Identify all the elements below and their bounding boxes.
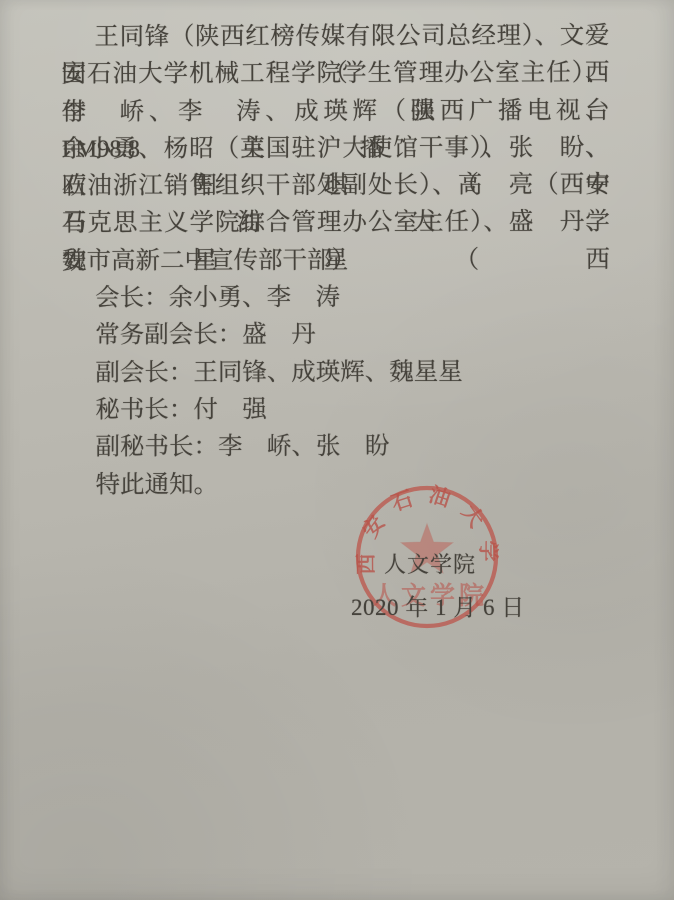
signature-organization: 人文学院 [384,548,476,579]
closing-line: 特此通知。 [63,465,611,504]
body-line: 安石油大学机械工程学院学生管理办公室主任）、付 强、 [61,55,609,94]
document-photo: 王同锋（陕西红榜传媒有限公司总经理）、文爱国（西 安石油大学机械工程学院学生管理… [0,0,674,900]
body-line: 余小勇、杨昭（英国驻沪大使馆干事）、张 盼、欧阳琪（中 [62,129,610,168]
officer-line-vp: 副会长：王同锋、成瑛辉、魏星星 [62,353,610,392]
body-line: 李 峤、李 涛、成瑛辉（陕西广播电视台 FM98.8 主播）、 [62,92,610,131]
officer-line-secretary: 秘书长：付 强 [62,390,610,429]
body-line: 马克思主义学院综合管理办公室主任）、盛 丹、魏星星（西 [62,204,610,243]
body-line: 王同锋（陕西红榜传媒有限公司总经理）、文爱国（西 [61,17,609,56]
officer-line-president: 会长：余小勇、李 涛 [62,278,610,317]
notice-body: 王同锋（陕西红榜传媒有限公司总经理）、文爱国（西 安石油大学机械工程学院学生管理… [61,17,610,503]
body-line: 石油浙江销售组织干部处副处长）、高 亮（西安石油大学 [62,166,610,205]
signature-date: 2020 年 1 月 6 日 [351,589,525,622]
officer-line-executive-vp: 常务副会长：盛 丹 [62,316,610,355]
officer-line-deputy-secretary: 副秘书长：李 峤、张 盼 [62,428,610,467]
